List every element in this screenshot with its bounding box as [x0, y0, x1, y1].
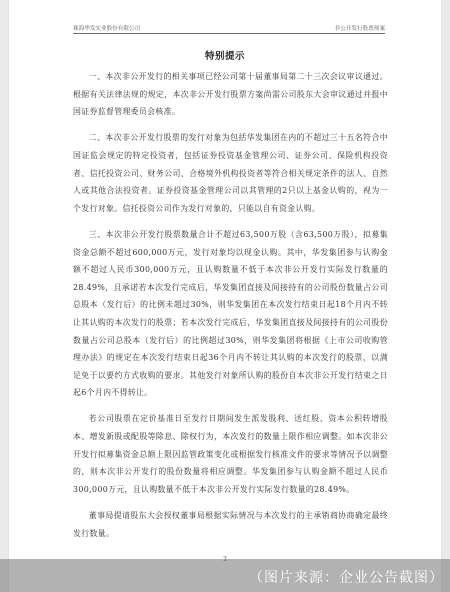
- paragraph-authorization: 董事局提请股东大会授权董事局根据实际情况与本次发行的主承销商协商确定最终发行数量…: [73, 507, 388, 542]
- section-title: 特别提示: [9, 48, 441, 62]
- paragraph-adjustment: 若公司股票在定价基准日至发行日期间发生派发股利、送红股、资本公积转增股本、增发新…: [73, 410, 388, 498]
- document-body: 一、本次非公开发行的相关事项已经公司第十届董事局第二十三次会议审议通过。根据有关…: [73, 68, 388, 551]
- document-page: 珠海华发实业股份有限公司 非公开发行股票预案 特别提示 一、本次非公开发行的相关…: [9, 0, 441, 592]
- paragraph-approval: 一、本次非公开发行的相关事项已经公司第十届董事局第二十三次会议审议通过。根据有关…: [73, 68, 388, 121]
- paragraph-issuance-targets: 二、本次非公开发行股票的发行对象为包括华发集团在内的不超过三十五名符合中国证监会…: [73, 129, 388, 217]
- image-source-caption: （图片来源：企业公告截图）: [249, 567, 444, 587]
- page-header: 珠海华发实业股份有限公司 非公开发行股票预案: [73, 22, 385, 34]
- header-company-name: 珠海华发实业股份有限公司: [73, 24, 140, 32]
- header-document-type: 非公开发行股票预案: [335, 24, 385, 32]
- paragraph-issuance-quantity: 三、本次非公开发行股票数量合计不超过63,500万股（含63,500万股），拟募…: [73, 226, 388, 402]
